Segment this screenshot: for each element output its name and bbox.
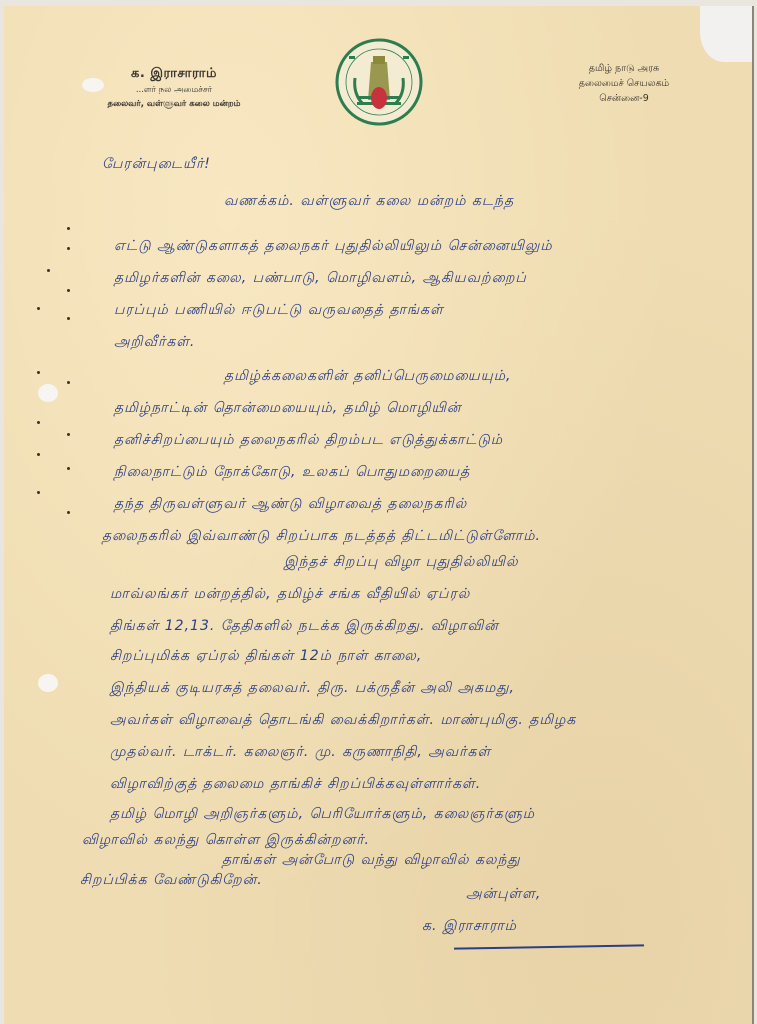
office-line-3: சென்னை-9 xyxy=(564,91,684,106)
office-line-1: தமிழ் நாடு அரசு xyxy=(564,61,684,76)
body-line: தமிழ்க்கலைகளின் தனிப்பெருமையையும், xyxy=(224,368,511,386)
greeting: வணக்கம். வள்ளுவர் கலை மன்றம் கடந்த xyxy=(224,193,514,211)
body-line: நிலைநாட்டும் நோக்கோடு, உலகப் பொதுமறையைத் xyxy=(114,464,470,482)
torn-corner xyxy=(700,6,752,62)
body-line: இந்தச் சிறப்பு விழா புதுதில்லியில் xyxy=(284,554,519,572)
body-line: எட்டு ஆண்டுகளாகத் தலைநகர் புதுதில்லியிலு… xyxy=(114,238,553,256)
body-line: சிறப்புமிக்க ஏப்ரல் திங்கள் 12ம் நாள் கா… xyxy=(110,648,422,666)
body-line: அவர்கள் விழாவைத் தொடங்கி வைக்கிறார்கள். … xyxy=(110,712,576,730)
body-line: இந்தியக் குடியரசுத் தலைவர். திரு. பக்ருத… xyxy=(110,680,515,698)
punch-hole xyxy=(38,674,58,692)
body-line: பரப்பும் பணியில் ஈடுபட்டு வருவதைத் தாங்க… xyxy=(114,302,444,320)
letterhead-office: தமிழ் நாடு அரசு தலைமைச் செயலகம் சென்னை-9 xyxy=(564,61,684,106)
signature-underline xyxy=(454,944,644,949)
closing: அன்புள்ள, xyxy=(466,886,541,904)
sender-role: ...ளர் நல அமைச்சர் xyxy=(64,85,284,96)
staple-marks xyxy=(29,221,79,521)
body-line: விழாவில் கலந்து கொள்ள இருக்கின்றனர். xyxy=(82,832,370,850)
body-line: தமிழர்களின் கலை, பண்பாடு, மொழிவளம், ஆகிய… xyxy=(114,270,527,288)
body-line: தலைநகரில் இவ்வாண்டு சிறப்பாக நடத்தத் திட… xyxy=(102,528,541,546)
body-line: முதல்வர். டாக்டர். கலைஞர். மு. கருணாநிதி… xyxy=(110,744,491,762)
body-line: தந்த திருவள்ளுவர் ஆண்டு விழாவைத் தலைநகரி… xyxy=(114,496,467,514)
body-line: திங்கள் 12,13. தேதிகளில் நடக்க இருக்கிறத… xyxy=(110,618,499,636)
sender-title: தலைவர், வள்ளுவர் கலை மன்றம் xyxy=(64,99,284,110)
salutation: பேரன்புடையீர்! xyxy=(102,156,211,174)
body-line: தமிழ் மொழி அறிஞர்களும், பெரியோர்களும், க… xyxy=(110,806,535,824)
body-line: அறிவீர்கள். xyxy=(114,334,195,352)
body-line: தனிச்சிறப்பையும் தலைநகரில் திறம்பட எடுத்… xyxy=(114,432,503,450)
sender-name: க. இராசாராம் xyxy=(64,66,284,82)
body-line: தாங்கள் அன்போடு வந்து விழாவில் கலந்து xyxy=(222,852,521,870)
office-line-2: தலைமைச் செயலகம் xyxy=(564,76,684,91)
signature: க. இராசாராம் xyxy=(422,918,517,936)
letter-page: க. இராசாராம் ...ளர் நல அமைச்சர் தலைவர், … xyxy=(4,6,754,1024)
letterhead-sender: க. இராசாராம் ...ளர் நல அமைச்சர் தலைவர், … xyxy=(64,66,284,110)
body-line: மாவ்லங்கர் மன்றத்தில், தமிழ்ச் சங்க வீதி… xyxy=(110,586,470,604)
tamil-nadu-emblem-icon xyxy=(335,38,423,126)
body-line: சிறப்பிக்க வேண்டுகிறேன். xyxy=(80,872,263,890)
body-line: தமிழ்நாட்டின் தொன்மையையும், தமிழ் மொழியி… xyxy=(114,400,461,418)
body-line: விழாவிற்குத் தலைமை தாங்கிச் சிறப்பிக்கவு… xyxy=(110,776,481,794)
